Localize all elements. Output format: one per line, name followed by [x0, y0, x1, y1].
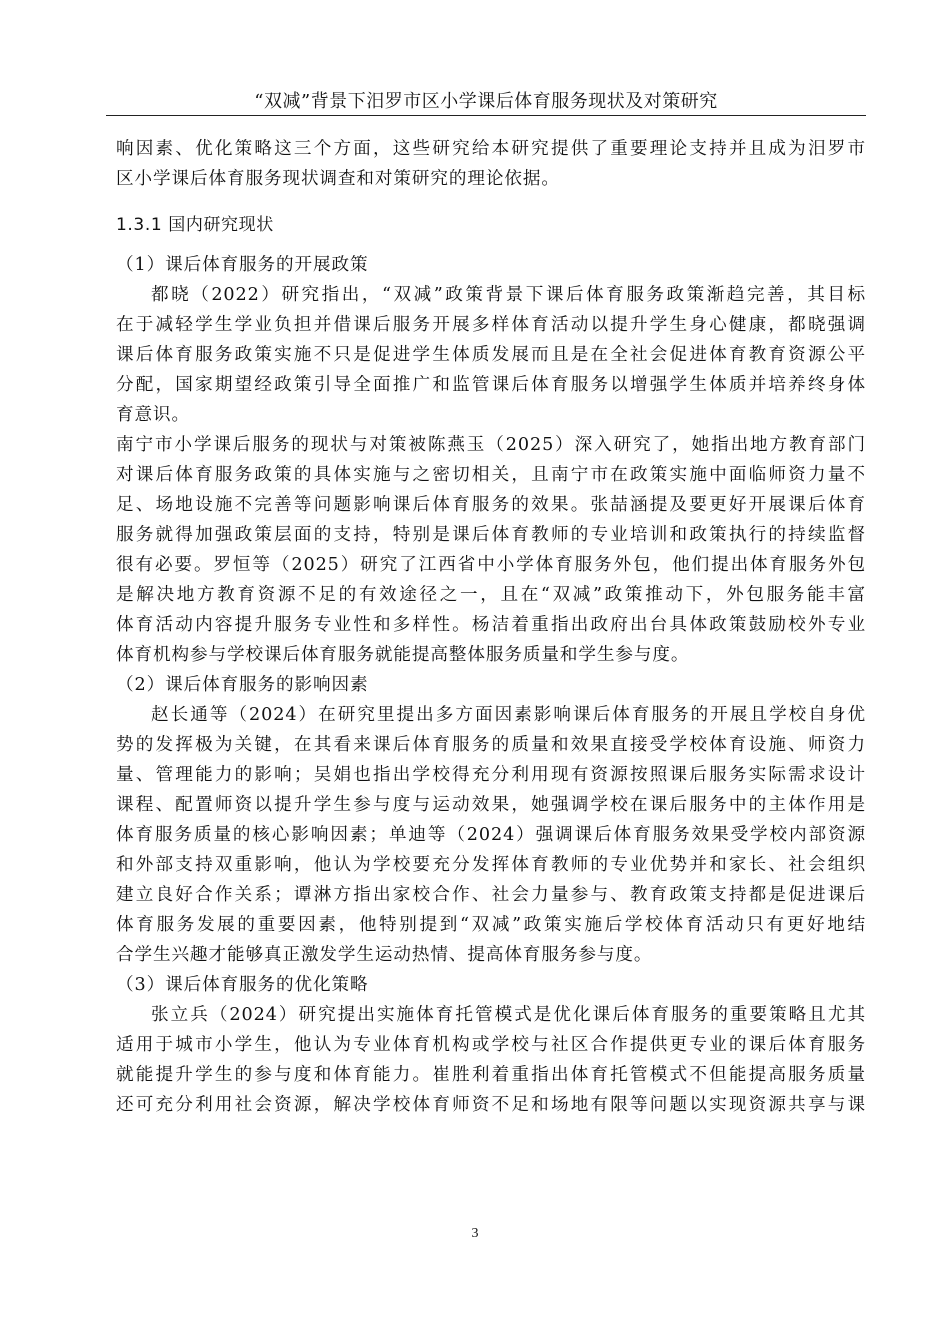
text-line: 很有必要。罗恒等（2025）研究了江西省中小学体育服务外包，他们提出体育服务外包	[116, 550, 866, 580]
text-line: 合学生兴趣才能够真正激发学生运动热情、提高体育服务参与度。	[116, 940, 866, 970]
text-line: 区小学课后体育服务现状调查和对策研究的理论依据。	[116, 164, 866, 194]
text-line: 响因素、优化策略这三个方面，这些研究给本研究提供了重要理论支持并且成为汨罗市	[116, 134, 866, 164]
text-line: 是解决地方教育资源不足的有效途径之一，且在“双减”政策推动下，外包服务能丰富	[116, 580, 866, 610]
running-header: “双减”背景下汨罗市区小学课后体育服务现状及对策研究	[106, 90, 866, 114]
text-line: 分配，国家期望经政策引导全面推广和监管课后体育服务以增强学生体质并培养终身体	[116, 370, 866, 400]
text-line: 量、管理能力的影响；吴娟也指出学校得充分利用现有资源按照课后服务实际需求设计	[116, 760, 866, 790]
subsection-title-1: （1）课后体育服务的开展政策	[116, 250, 866, 280]
paragraph: 都晓（2022）研究指出，“双减”政策背景下课后体育服务政策渐趋完善，其目标 在…	[116, 280, 866, 430]
text-line: 势的发挥极为关键，在其看来课后体育服务的质量和效果直接受学校体育设施、师资力	[116, 730, 866, 760]
text-line: 都晓（2022）研究指出，“双减”政策背景下课后体育服务政策渐趋完善，其目标	[116, 280, 866, 310]
paragraph: 赵长通等（2024）在研究里提出多方面因素影响课后体育服务的开展且学校自身优 势…	[116, 700, 866, 970]
text-line: 体育服务发展的重要因素，他特别提到“双减”政策实施后学校体育活动只有更好地结	[116, 910, 866, 940]
text-line: 和外部支持双重影响，他认为学校要充分发挥体育教师的专业优势并和家长、社会组织	[116, 850, 866, 880]
text-line: 体育服务质量的核心影响因素；单迪等（2024）强调课后体育服务效果受学校内部资源	[116, 820, 866, 850]
text-line: 足、场地设施不完善等问题影响课后体育服务的效果。张喆涵提及要更好开展课后体育	[116, 490, 866, 520]
header-divider	[106, 115, 866, 116]
text-line: 适用于城市小学生，他认为专业体育机构或学校与社区合作提供更专业的课后体育服务	[116, 1030, 866, 1060]
text-line: 育意识。	[116, 400, 866, 430]
text-line: 对课后体育服务政策的具体实施与之密切相关，且南宁市在政策实施中面临师资力量不	[116, 460, 866, 490]
subsection-title-2: （2）课后体育服务的影响因素	[116, 670, 866, 700]
subsection-title-3: （3）课后体育服务的优化策略	[116, 970, 866, 1000]
paragraph: 张立兵（2024）研究提出实施体育托管模式是优化课后体育服务的重要策略且尤其 适…	[116, 1000, 866, 1120]
text-line: 课后体育服务政策实施不只是促进学生体质发展而且是在全社会促进体育教育资源公平	[116, 340, 866, 370]
text-line: 体育活动内容提升服务专业性和多样性。杨洁着重指出政府出台具体政策鼓励校外专业	[116, 610, 866, 640]
text-line: 赵长通等（2024）在研究里提出多方面因素影响课后体育服务的开展且学校自身优	[116, 700, 866, 730]
text-line: 张立兵（2024）研究提出实施体育托管模式是优化课后体育服务的重要策略且尤其	[116, 1000, 866, 1030]
text-line: 就能提升学生的参与度和体育能力。崔胜利着重指出体育托管模式不但能提高服务质量	[116, 1060, 866, 1090]
section-heading: 1.3.1 国内研究现状	[116, 210, 866, 240]
text-line: 还可充分利用社会资源，解决学校体育师资不足和场地有限等问题以实现资源共享与课	[116, 1090, 866, 1120]
paragraph: 南宁市小学课后服务的现状与对策被陈燕玉（2025）深入研究了，她指出地方教育部门…	[116, 430, 866, 670]
page-body: 响因素、优化策略这三个方面，这些研究给本研究提供了重要理论支持并且成为汨罗市 区…	[116, 134, 866, 1120]
text-line: 服务就得加强政策层面的支持，特别是课后体育教师的专业培训和政策执行的持续监督	[116, 520, 866, 550]
intro-paragraph: 响因素、优化策略这三个方面，这些研究给本研究提供了重要理论支持并且成为汨罗市 区…	[116, 134, 866, 194]
text-line: 在于减轻学生学业负担并借课后服务开展多样体育活动以提升学生身心健康，都晓强调	[116, 310, 866, 340]
page-number: 3	[0, 1226, 950, 1242]
text-line: 建立良好合作关系；谭淋方指出家校合作、社会力量参与、教育政策支持都是促进课后	[116, 880, 866, 910]
text-line: 体育机构参与学校课后体育服务就能提高整体服务质量和学生参与度。	[116, 640, 866, 670]
text-line: 课程、配置师资以提升学生参与度与运动效果，她强调学校在课后服务中的主体作用是	[116, 790, 866, 820]
document-page: “双减”背景下汨罗市区小学课后体育服务现状及对策研究 响因素、优化策略这三个方面…	[0, 0, 950, 1344]
text-line: 南宁市小学课后服务的现状与对策被陈燕玉（2025）深入研究了，她指出地方教育部门	[116, 430, 866, 460]
